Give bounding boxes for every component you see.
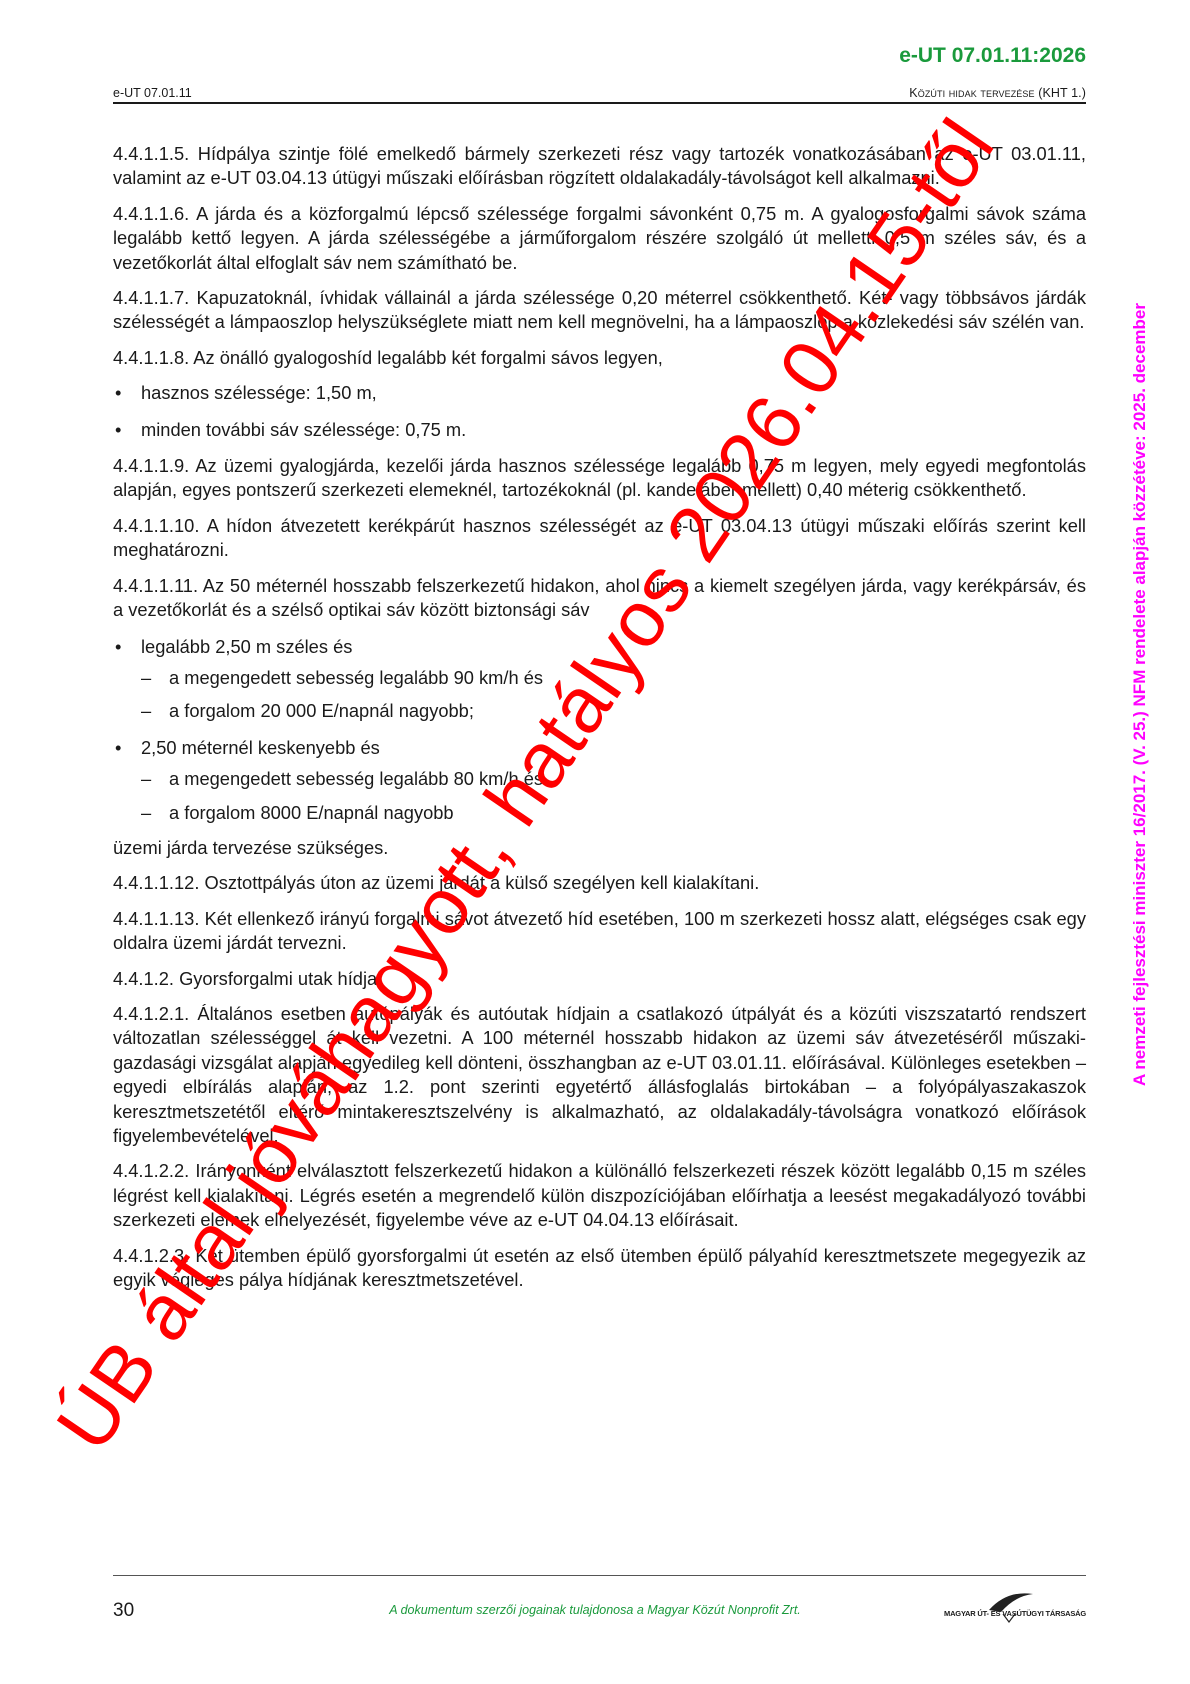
paragraph-4-4-1-1-8: 4.4.1.1.8. Az önálló gyalogoshíd legaláb… bbox=[113, 346, 1086, 370]
paragraph-4-4-1-1-12: 4.4.1.1.12. Osztottpályás úton az üzemi … bbox=[113, 871, 1086, 895]
footer-divider bbox=[113, 1575, 1086, 1576]
list-item: a megengedett sebesség legalább 80 km/h … bbox=[113, 767, 1086, 791]
document-code: e-UT 07.01.11:2026 bbox=[899, 44, 1086, 68]
paragraph-4-4-1-1-7: 4.4.1.1.7. Kapuzatoknál, ívhidak vállain… bbox=[113, 286, 1086, 335]
list-item: minden további sáv szélessége: 0,75 m. bbox=[113, 418, 1086, 442]
paragraph-conclusion: üzemi járda tervezése szükséges. bbox=[113, 836, 1086, 860]
publisher-logo: MAGYAR ÚT- ÉS VASÚTÜGYI TÁRSASÁG bbox=[936, 1588, 1086, 1628]
paragraph-4-4-1-1-10: 4.4.1.1.10. A hídon átvezetett kerékpárú… bbox=[113, 514, 1086, 563]
road-swoosh-icon bbox=[981, 1588, 1041, 1628]
list-item: hasznos szélessége: 1,50 m, bbox=[113, 381, 1086, 405]
running-header-left: e-UT 07.01.11 bbox=[113, 86, 192, 100]
publication-side-note: A nemzeti fejlesztési miniszter 16/2017.… bbox=[1130, 303, 1150, 1086]
bullet-list-footbridge: hasznos szélessége: 1,50 m, minden továb… bbox=[113, 381, 1086, 442]
list-item: a forgalom 8000 E/napnál nagyobb bbox=[113, 801, 1086, 825]
paragraph-4-4-1-1-9: 4.4.1.1.9. Az üzemi gyalogjárda, kezelői… bbox=[113, 454, 1086, 503]
section-heading-4-4-1-2: 4.4.1.2. Gyorsforgalmi utak hídjai bbox=[113, 967, 1086, 991]
running-header: e-UT 07.01.11 Közúti hidak tervezése (KH… bbox=[113, 84, 1086, 104]
paragraph-4-4-1-1-13: 4.4.1.1.13. Két ellenkező irányú forgalm… bbox=[113, 907, 1086, 956]
running-header-right: Közúti hidak tervezése (KHT 1.) bbox=[909, 86, 1086, 100]
logo-text: MAGYAR ÚT- ÉS VASÚTÜGYI TÁRSASÁG bbox=[944, 1609, 1086, 1618]
